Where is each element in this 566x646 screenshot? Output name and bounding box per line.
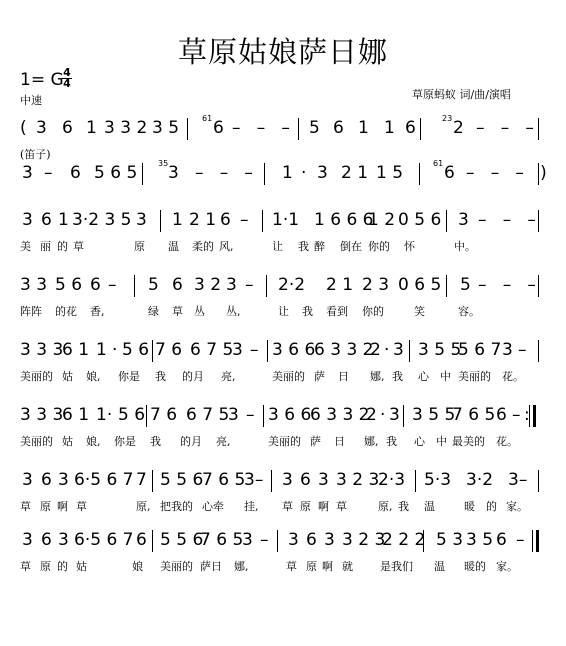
- lyric-syllable: 美丽的: [458, 368, 491, 384]
- note-group: 3: [502, 340, 513, 360]
- bar-line: [298, 118, 299, 140]
- note-group: 6: [70, 163, 81, 183]
- lyric-syllable: 的月: [182, 368, 204, 384]
- note-group: 7 6 5: [452, 405, 495, 425]
- note-group: 3·2: [466, 470, 493, 490]
- tempo-marking: 中速: [20, 92, 42, 108]
- note-group: 6: [41, 210, 52, 230]
- lyric-syllable: 你是: [118, 368, 140, 384]
- note-group: 3·2 3 5: [72, 210, 131, 230]
- instrument-label: (笛子): [20, 146, 51, 162]
- grace-note: 35: [158, 159, 168, 168]
- note-group: 6: [136, 530, 147, 550]
- note-group: 1: [58, 210, 69, 230]
- grace-note: 61: [433, 159, 443, 168]
- note-group: 5 6: [122, 340, 149, 360]
- note-group: 3 5: [466, 530, 493, 550]
- lyric-syllable: 娜,: [364, 433, 379, 449]
- note-group: ·: [384, 340, 389, 360]
- lyric-syllable: 草: [336, 498, 347, 514]
- note-group: –: [512, 405, 521, 425]
- note-group: 3–: [244, 470, 263, 490]
- note-group: 2·2: [278, 275, 305, 295]
- lyric-syllable: 美丽的: [160, 558, 193, 574]
- note-line: 3 35 66–563 23–2·22 12 30 6 55– – –: [0, 275, 566, 299]
- note-group: 2: [453, 118, 464, 138]
- final-barline-thin: [532, 530, 533, 552]
- lyric-syllable: 心: [414, 433, 425, 449]
- note-group: 6·5 6 7: [74, 530, 133, 550]
- note-group: 1: [358, 118, 369, 138]
- note-group: 5·3: [424, 470, 451, 490]
- lyric-syllable: 家。: [506, 498, 528, 514]
- lyric-syllable: 萨: [314, 368, 325, 384]
- lyric-syllable: 的花: [55, 303, 77, 319]
- note-group: 1: [86, 118, 97, 138]
- lyric-syllable: 我: [302, 303, 313, 319]
- bar-line: [538, 118, 539, 140]
- lyric-syllable: 姑: [62, 433, 73, 449]
- bar-line: [446, 210, 447, 232]
- note-group: 6: [300, 470, 311, 490]
- note-group: 1: [282, 163, 293, 183]
- lyric-syllable: 亮,: [221, 368, 236, 384]
- note-group: 0 6 5: [398, 275, 441, 295]
- lyric-syllable: 家。: [496, 558, 518, 574]
- note-group: –: [518, 340, 527, 360]
- lyric-syllable: 醉: [314, 238, 325, 254]
- lyric-syllable: 草: [76, 498, 87, 514]
- bar-line: [146, 405, 147, 427]
- note-group: 6 3 3 2: [310, 405, 369, 425]
- lyric-syllable: 原,: [378, 498, 393, 514]
- note-group: 2 1: [189, 210, 216, 230]
- note-group: 3: [58, 530, 69, 550]
- note-group: 5: [460, 275, 471, 295]
- lyric-syllable: 草: [20, 558, 31, 574]
- lyric-syllable: 萨: [310, 433, 321, 449]
- note-group: 7 6: [150, 405, 177, 425]
- note-group: 3: [324, 530, 335, 550]
- bar-line: [263, 405, 264, 427]
- note-group: 2: [366, 405, 377, 425]
- bar-line: [409, 340, 410, 362]
- note-group: 6: [496, 405, 507, 425]
- lyric-syllable: 萨日: [200, 558, 222, 574]
- note-group: 6: [444, 163, 455, 183]
- note-group: 3: [22, 163, 33, 183]
- note-group: 6 3 3 2: [314, 340, 373, 360]
- lyric-syllable: 怀: [404, 238, 415, 254]
- note-group: 1: [384, 118, 395, 138]
- note-line: 3–65 6 53– – –1·32 11 56– – – )3561: [0, 163, 566, 187]
- lyric-syllable: 我: [150, 433, 161, 449]
- lyric-syllable: 让: [272, 238, 283, 254]
- lyric-syllable: 的: [486, 498, 497, 514]
- note-group: 5: [309, 118, 320, 138]
- time-sig-bottom: 4: [62, 79, 72, 89]
- lyric-syllable: 草: [73, 238, 84, 254]
- note-group: 3 6 6: [268, 405, 311, 425]
- lyric-syllable: 挂,: [244, 498, 259, 514]
- lyric-syllable: 原: [306, 558, 317, 574]
- note-group: 3: [232, 340, 243, 360]
- lyric-syllable: 我: [386, 433, 397, 449]
- bar-line: [423, 530, 424, 552]
- lyric-syllable: 娘: [132, 558, 143, 574]
- lyric-syllable: 原,: [136, 498, 151, 514]
- note-group: 6 1: [62, 340, 89, 360]
- grace-note: 61: [202, 114, 212, 123]
- note-group: 3 2: [194, 275, 221, 295]
- note-group: 3: [58, 470, 69, 490]
- bar-line: [262, 210, 263, 232]
- bar-line: [160, 210, 161, 232]
- lyric-syllable: 温: [424, 498, 435, 514]
- note-group: 3: [228, 405, 239, 425]
- note-group: 3 2 3: [336, 470, 379, 490]
- note-group: 1: [96, 340, 107, 360]
- lyric-syllable: 中。: [454, 238, 476, 254]
- note-group: 3: [288, 530, 299, 550]
- note-group: 6: [496, 530, 507, 550]
- note-group: 3: [242, 530, 253, 550]
- note-group: 3 5: [152, 118, 179, 138]
- lyric-syllable: 容。: [458, 303, 480, 319]
- note-group: –: [245, 275, 254, 295]
- note-group: 2 3: [362, 275, 389, 295]
- note-group: 6 7 5: [190, 340, 233, 360]
- note-group: 3 5 5: [418, 340, 461, 360]
- lyric-syllable: 心牵: [202, 498, 224, 514]
- note-group: 7 6 5: [200, 530, 243, 550]
- note-line: 3 3 36 11·5 67 66 7 53–3 6 66 3 3 22·33 …: [0, 340, 566, 364]
- lyric-syllable: 的: [57, 238, 68, 254]
- bar-line: [538, 163, 539, 185]
- final-barline-thin: [529, 405, 530, 427]
- note-group: – – –: [232, 118, 290, 138]
- note-group: 6: [62, 118, 73, 138]
- bar-line: [152, 470, 153, 492]
- note-group: 6 1: [62, 405, 89, 425]
- note-group: 5 6: [55, 275, 82, 295]
- note-group: 3 3 3: [20, 405, 63, 425]
- lyric-syllable: 是我们: [380, 558, 413, 574]
- note-group: 5 6 7: [458, 340, 501, 360]
- note-group: 6: [306, 530, 317, 550]
- note-group: 5: [148, 275, 159, 295]
- note-group: 5 6 5: [94, 163, 137, 183]
- note-group: 5 5 6: [160, 530, 203, 550]
- note-group: ·: [301, 163, 306, 183]
- final-barline: [536, 530, 539, 552]
- grace-note: 23: [442, 114, 452, 123]
- note-line: 3636·5 6 775 5 67 6 53–3633 2 32·35·33·2…: [0, 470, 566, 494]
- lyric-syllable: 倒在: [340, 238, 362, 254]
- lyric-syllable: 花。: [502, 368, 524, 384]
- lyric-syllable: 风,: [219, 238, 234, 254]
- note-group: –: [250, 340, 259, 360]
- lyric-syllable: 笑: [414, 303, 425, 319]
- author-credit: 草原蚂蚁 词/曲/演唱: [412, 86, 511, 102]
- lyric-syllable: 姑: [76, 558, 87, 574]
- lyric-syllable: 日: [334, 433, 345, 449]
- note-group: –: [44, 163, 53, 183]
- note-group: 6: [41, 470, 52, 490]
- note-group: 6 7 5: [186, 405, 229, 425]
- note-group: 2 2 2: [382, 530, 425, 550]
- lyric-syllable: 原: [134, 238, 145, 254]
- note-group: ·: [380, 405, 385, 425]
- note-group: 3 3 3: [20, 340, 63, 360]
- bar-line: [277, 530, 278, 552]
- note-group: 2 1: [326, 275, 353, 295]
- lyric-syllable: 丛,: [226, 303, 241, 319]
- note-group: 5 5 6: [160, 470, 203, 490]
- note-group: 3 3 2: [104, 118, 147, 138]
- lyric-syllable: 绿: [148, 303, 159, 319]
- note-line: 3 3 36 11·5 67 66 7 53–3 6 66 3 3 22·33 …: [0, 405, 566, 429]
- note-group: 6·5 6 7: [74, 470, 133, 490]
- lyric-syllable: 中: [440, 368, 451, 384]
- title: 草原姑娘萨日娜: [0, 30, 566, 71]
- note-group: 0 5 6: [398, 210, 441, 230]
- note-group: 3 5 5: [412, 405, 455, 425]
- note-group: – – –: [476, 118, 534, 138]
- note-group: (: [20, 118, 27, 138]
- lyric-syllable: 的: [57, 558, 68, 574]
- lyric-syllable: 你是: [114, 433, 136, 449]
- lyric-syllable: 草: [282, 498, 293, 514]
- lyric-syllable: 日: [338, 368, 349, 384]
- note-line: 3636·5 6 765 5 67 6 53–3633 2 32 2 25 33…: [0, 530, 566, 554]
- lyric-syllable: 美: [20, 238, 31, 254]
- note-group: –: [108, 275, 117, 295]
- lyric-syllable: 的月: [180, 433, 202, 449]
- note-group: 1: [172, 210, 183, 230]
- bar-line: [538, 470, 539, 492]
- note-group: –: [246, 405, 255, 425]
- note-group: 3: [318, 470, 329, 490]
- note-group: 5 6: [118, 405, 145, 425]
- bar-line: [419, 163, 420, 185]
- note-group: – – –: [478, 275, 536, 295]
- lyric-syllable: 娘,: [86, 433, 101, 449]
- bar-line: [134, 275, 135, 297]
- lyric-syllable: 姑: [62, 368, 73, 384]
- note-group: 2: [370, 340, 381, 360]
- note-group: 3: [389, 405, 400, 425]
- lyric-syllable: 阵阵: [20, 303, 42, 319]
- bar-line: [538, 275, 539, 297]
- note-group: 6: [172, 275, 183, 295]
- bar-line: [142, 163, 143, 185]
- note-group: 3: [22, 530, 33, 550]
- lyric-syllable: 美丽的: [268, 433, 301, 449]
- note-group: 1 2: [368, 210, 395, 230]
- note-group: – – –: [478, 210, 536, 230]
- lyric-syllable: 柔的: [192, 238, 214, 254]
- note-group: 3: [168, 163, 179, 183]
- note-group: 1·: [96, 405, 112, 425]
- time-signature: 4 4: [62, 68, 72, 89]
- note-group: 6: [213, 118, 224, 138]
- final-barline: [533, 405, 536, 427]
- lyric-syllable: 原: [40, 558, 51, 574]
- bar-line: [271, 470, 272, 492]
- note-group: ·: [112, 340, 117, 360]
- key-signature: 1= G: [20, 70, 64, 90]
- note-group: 3: [458, 210, 469, 230]
- bar-line: [538, 340, 539, 362]
- note-group: 3: [226, 275, 237, 295]
- note-group: 6: [333, 118, 344, 138]
- lyric-syllable: 看到: [326, 303, 348, 319]
- note-group: 7 6: [155, 340, 182, 360]
- lyric-syllable: 最美的: [452, 433, 485, 449]
- note-group: 7: [136, 470, 147, 490]
- note-group: 7 6 5: [202, 470, 245, 490]
- bar-line: [187, 118, 188, 140]
- lyric-syllable: 我: [398, 498, 409, 514]
- lyric-syllable: 啊: [318, 498, 329, 514]
- note-group: 6: [220, 210, 231, 230]
- bar-line: [420, 118, 421, 140]
- note-group: 3: [317, 163, 328, 183]
- lyric-syllable: 我: [298, 238, 309, 254]
- lyric-syllable: 草: [172, 303, 183, 319]
- note-group: 2 1: [341, 163, 368, 183]
- note-group: 1 5: [376, 163, 403, 183]
- note-group: 3 3: [20, 275, 47, 295]
- lyric-syllable: 娜,: [234, 558, 249, 574]
- note-group: 3 6 6: [272, 340, 315, 360]
- lyric-syllable: 中: [436, 433, 447, 449]
- bar-line: [415, 470, 416, 492]
- note-group: 3: [36, 118, 47, 138]
- lyric-syllable: 美丽的: [20, 433, 53, 449]
- note-group: –: [260, 530, 269, 550]
- lyric-syllable: 原: [40, 498, 51, 514]
- lyric-syllable: 美丽的: [272, 368, 305, 384]
- note-group: 3–: [508, 470, 527, 490]
- bar-line: [152, 530, 153, 552]
- lyric-syllable: 让: [278, 303, 289, 319]
- note-group: – – –: [195, 163, 253, 183]
- lyric-syllable: 我: [155, 368, 166, 384]
- lyric-syllable: 我: [392, 368, 403, 384]
- lyric-syllable: 心: [418, 368, 429, 384]
- note-group: 6: [41, 530, 52, 550]
- lyric-syllable: 丽: [40, 238, 51, 254]
- note-group: 3: [22, 210, 33, 230]
- lyric-syllable: 啊: [322, 558, 333, 574]
- bar-line: [403, 405, 404, 427]
- lyric-syllable: 你的: [362, 303, 384, 319]
- lyric-syllable: 你的: [368, 238, 390, 254]
- lyric-syllable: 就: [342, 558, 353, 574]
- lyric-syllable: 啊: [57, 498, 68, 514]
- lyric-syllable: 香,: [90, 303, 105, 319]
- lyric-syllable: 娘,: [86, 368, 101, 384]
- note-group: 3: [393, 340, 404, 360]
- note-group: –: [516, 530, 525, 550]
- note-group: 1·1: [272, 210, 299, 230]
- lyric-syllable: 暖: [464, 498, 475, 514]
- note-group: 3: [22, 470, 33, 490]
- note-group: 2·3: [378, 470, 405, 490]
- lyric-syllable: 暖的: [464, 558, 486, 574]
- note-group: 3: [282, 470, 293, 490]
- lyric-syllable: 温: [434, 558, 445, 574]
- lyric-syllable: 草: [286, 558, 297, 574]
- lyric-syllable: 温: [168, 238, 179, 254]
- lyric-syllable: 亮,: [216, 433, 231, 449]
- lyric-syllable: 原: [300, 498, 311, 514]
- note-group: 3 2 3: [342, 530, 385, 550]
- bar-line: [446, 275, 447, 297]
- note-group: 6: [405, 118, 416, 138]
- bar-line: [264, 163, 265, 185]
- note-group: – – – ): [466, 163, 547, 183]
- lyric-syllable: 美丽的: [20, 368, 53, 384]
- lyric-syllable: 丛: [194, 303, 205, 319]
- bar-line: [266, 275, 267, 297]
- note-group: 3: [136, 210, 147, 230]
- bar-line: [267, 340, 268, 362]
- lyric-syllable: 草: [20, 498, 31, 514]
- bar-line: [152, 340, 153, 362]
- note-group: 1 6 6 6: [314, 210, 373, 230]
- note-line: 3613·2 3 5312 16–1·11 6 6 61 20 5 63– – …: [0, 210, 566, 234]
- lyric-syllable: 娜,: [370, 368, 385, 384]
- lyric-syllable: 把我的: [160, 498, 193, 514]
- note-line: (3613 3 23 56– – –561162– – –6123: [0, 118, 566, 142]
- note-group: –: [240, 210, 249, 230]
- note-group: 5 3: [436, 530, 463, 550]
- lyric-syllable: 花。: [496, 433, 518, 449]
- bar-line: [538, 210, 539, 232]
- note-group: 6: [90, 275, 101, 295]
